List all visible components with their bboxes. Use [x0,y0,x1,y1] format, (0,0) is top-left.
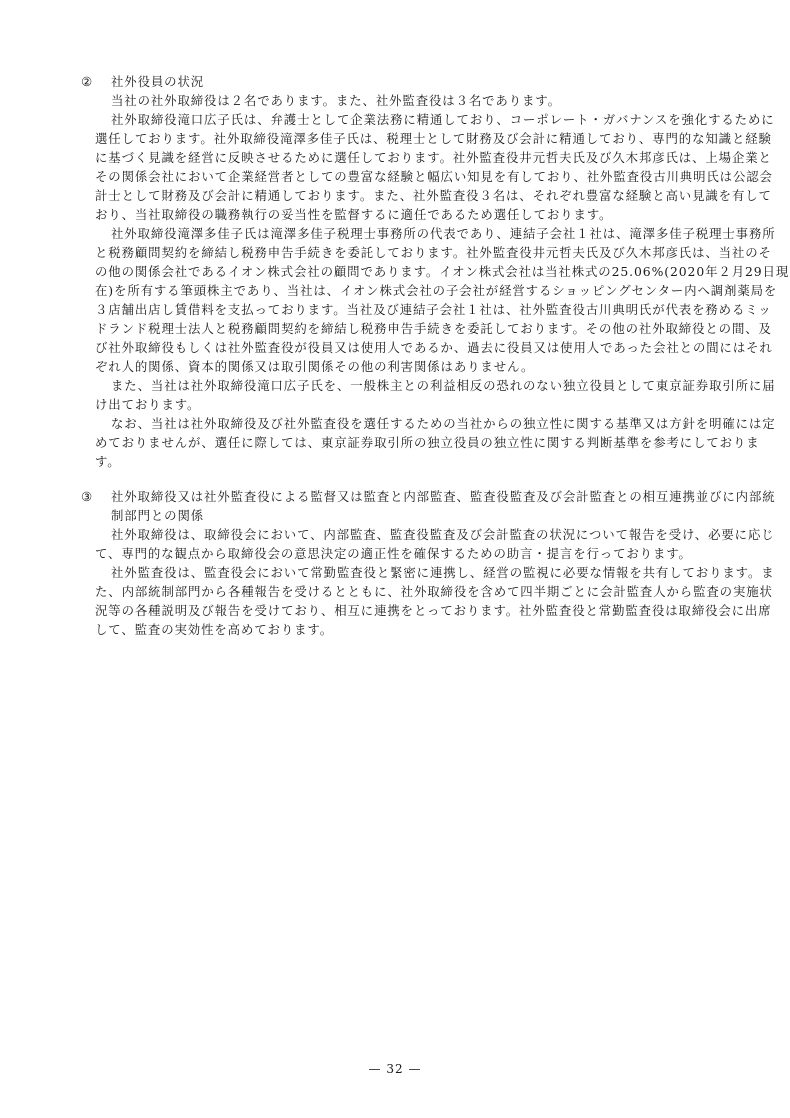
paragraph-line: 社外監査役は、監査役会において常勤監査役と緊密に連携し、経営の監視に必要な情報を… [111,563,775,582]
paragraph-line: 当社の社外取締役は２名であります。また、社外監査役は３名であります。 [111,91,561,110]
paragraph-line: ３店舗出店し賃借料を支払っております。当社及び連結子会社１社は、社外監査役古川典… [95,300,772,319]
paragraph-line: おり、当社取締役の職務執行の妥当性を監督するに適任であるため選任しております。 [95,205,612,224]
paragraph-line: なお、当社は社外取締役及び社外監査役を選任するための当社からの独立性に関する基準… [111,414,776,433]
paragraph-line: 社外取締役滝口広子氏は、弁護士として企業法務に精通しており、コーポレート・ガバナ… [111,110,775,129]
paragraph-line: 社外取締役滝澤多佳子氏は滝澤多佳子税理士事務所の代表であり、連結子会社１社は、滝… [111,224,776,243]
paragraph-line: び社外取締役もしくは社外監査役が役員又は使用人であるか、過去に役員又は使用人であ… [95,338,773,357]
paragraph-line: 選任しております。社外取締役滝澤多佳子氏は、税理士として財務及び会計に精通してお… [95,129,772,148]
paragraph-line: 在)を所有する筆頭株主であり、当社は、イオン株式会社の子会社が経営するショッピン… [95,281,777,300]
section-3-title-line-1: 社外取締役又は社外監査役による監督又は監査と内部監査、監査役監査及び会計監査との… [111,487,776,506]
section-2-number: ② [81,72,93,91]
document-page: ② 社外役員の状況 当社の社外取締役は２名であります。また、社外監査役は３名であ… [0,0,790,1118]
page-number: — 32 — [0,1062,790,1076]
paragraph-line: に基づく見識を経営に反映させるために選任しております。社外監査役井元哲夫氏及び久… [95,148,772,167]
section-3-number: ③ [81,487,93,506]
section-3-title-line-2: 制部門との関係 [111,506,204,525]
paragraph-line: また、当社は社外取締役滝口広子氏を、一般株主との利益相反の恐れのない独立役員とし… [111,376,776,395]
paragraph-line: 計士として財務及び会計に精通しております。また、社外監査役３名は、それぞれ豊富な… [95,186,772,205]
paragraph-line: 社外取締役は、取締役会において、内部監査、監査役監査及び会計監査の状況について報… [111,525,775,544]
section-2-title: 社外役員の状況 [111,72,204,91]
paragraph-line: ぞれ人的関係、資本的関係又は取引関係その他の利害関係はありません。 [95,357,534,376]
paragraph-line: 況等の各種説明及び報告を受けており、相互に連携をとっております。社外監査役と常勤… [95,601,772,620]
paragraph-line: す。 [95,452,121,471]
paragraph-line: の他の関係会社であるイオン株式会社の顧問であります。イオン株式会社は当社株式の2… [95,262,789,281]
paragraph-line: その関係会社において企業経営者としての豊富な経験と幅広い知見を有しており、社外監… [95,167,773,186]
paragraph-line: け出ております。 [95,395,200,414]
paragraph-line: ドランド税理士法人と税務顧問契約を締結し税務申告手続きを委託しております。その他… [95,319,772,338]
paragraph-line: めておりませんが、選任に際しては、東京証券取引所の独立役員の独立性に関する判断基… [95,433,760,452]
paragraph-line: た、内部統制部門から各種報告を受けるとともに、社外取締役を含めて四半期ごとに会計… [95,582,773,601]
paragraph-line: して、監査の実効性を高めております。 [95,620,333,639]
paragraph-line: て、専門的な観点から取締役会の意思決定の適正性を確保するための助言・提言を行って… [95,544,692,563]
paragraph-line: と税務顧問契約を締結し税務申告手続きを委託しております。社外監査役井元哲夫氏及び… [95,243,772,262]
